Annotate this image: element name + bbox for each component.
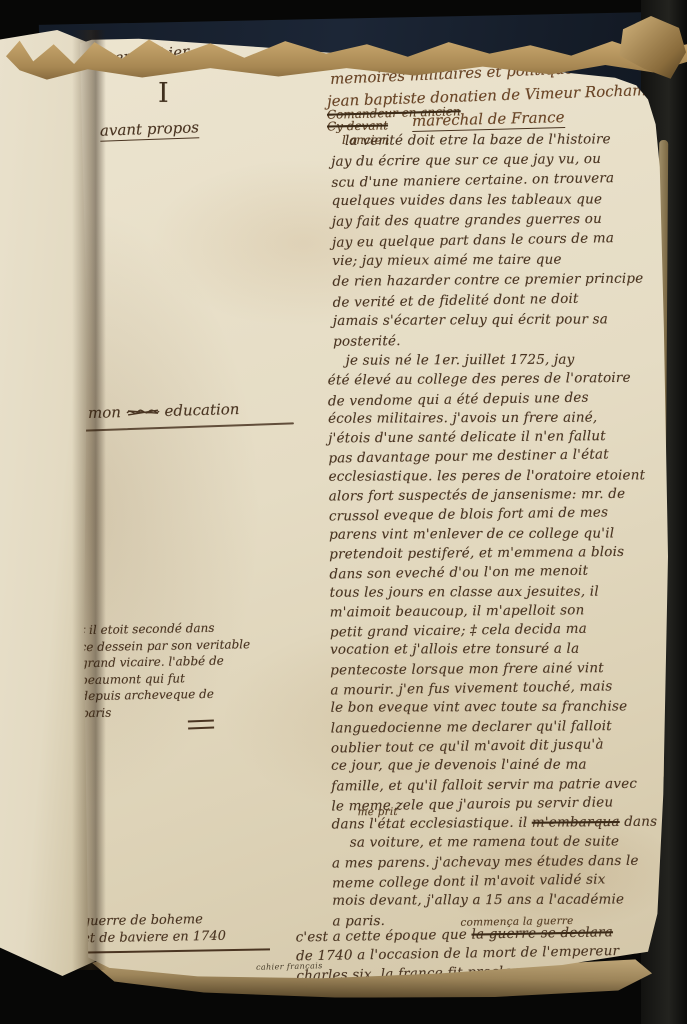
manuscript-page: 1er. Cahier I avant propos historiques m… [80, 34, 668, 984]
margin-note-grand-vicaire: ‡ il etoit secondé dansce dessein par so… [79, 618, 331, 721]
handwritten-line: ce jour, que je devenois l'ainé de ma [331, 755, 673, 776]
text-before-strike: c'est a cette époque que [295, 927, 471, 946]
paragraph-2: je suis né le 1er. juillet 1725, jayété … [327, 350, 674, 932]
handwritten-line: vocation et j'allois etre tonsuré a la [330, 640, 672, 661]
handwritten-line: tous les jours en classe aux jesuites, i… [330, 582, 672, 603]
book-gutter-shadow [72, 30, 106, 970]
inserted-above-text: commença la guerre [460, 912, 573, 933]
bottom-edge-text: cahier français [256, 961, 323, 972]
title-marechal: marechal de France [412, 108, 565, 132]
section-avant-propos: avant propos [100, 118, 200, 141]
margin-note-double-dash [188, 720, 214, 730]
handwritten-line: quelques vuides dans les tableaux que [332, 189, 672, 211]
manuscript-photo: 1er. Cahier I avant propos historiques m… [0, 0, 687, 1024]
cahier-numeral: I [158, 78, 169, 109]
inserted-above-text: me prit [357, 803, 397, 823]
handwritten-line: le bon eveque vint avec toute sa franchi… [331, 698, 673, 719]
handwritten-line: posterité. [333, 328, 673, 352]
paragraph-2-part-a: je suis né le 1er. juillet 1725, jayété … [327, 350, 673, 816]
handwritten-line: la verité doit etre la baze de l'histoir… [331, 129, 671, 151]
handwritten-line: sa voiture, et me ramena tout de suite [332, 833, 674, 854]
education-underline [84, 422, 294, 431]
text-after-strike: dans [620, 814, 658, 830]
struck-scribble [126, 406, 160, 418]
handwritten-line: jamais s'écarter celuy qui écrit pour sa [333, 309, 673, 331]
handwritten-line: vie; jay mieux aimé me taire que [332, 249, 672, 271]
handwritten-line: je suis né le 1er. juillet 1725, jay [328, 350, 670, 371]
guerre-note-underline [80, 948, 270, 953]
struck-text: m'embarqua [532, 814, 620, 831]
handwritten-line: mois devant, j'allay a 15 ans a l'académ… [332, 891, 674, 912]
education-word: education [164, 400, 239, 420]
handwritten-line: ecclesiastique. les peres de l'oratoire … [329, 466, 671, 487]
margin-note-education: mon education [88, 400, 240, 422]
handwritten-line: parens vint m'enlever de ce college qu'i… [329, 524, 671, 545]
paragraph-1: la verité doit etre la baze de l'histoir… [331, 128, 673, 352]
handwritten-line: écoles militaires. j'avois un frere ainé… [328, 408, 670, 429]
handwritten-line: dans son eveché d'ou l'on me menoit [329, 561, 671, 585]
